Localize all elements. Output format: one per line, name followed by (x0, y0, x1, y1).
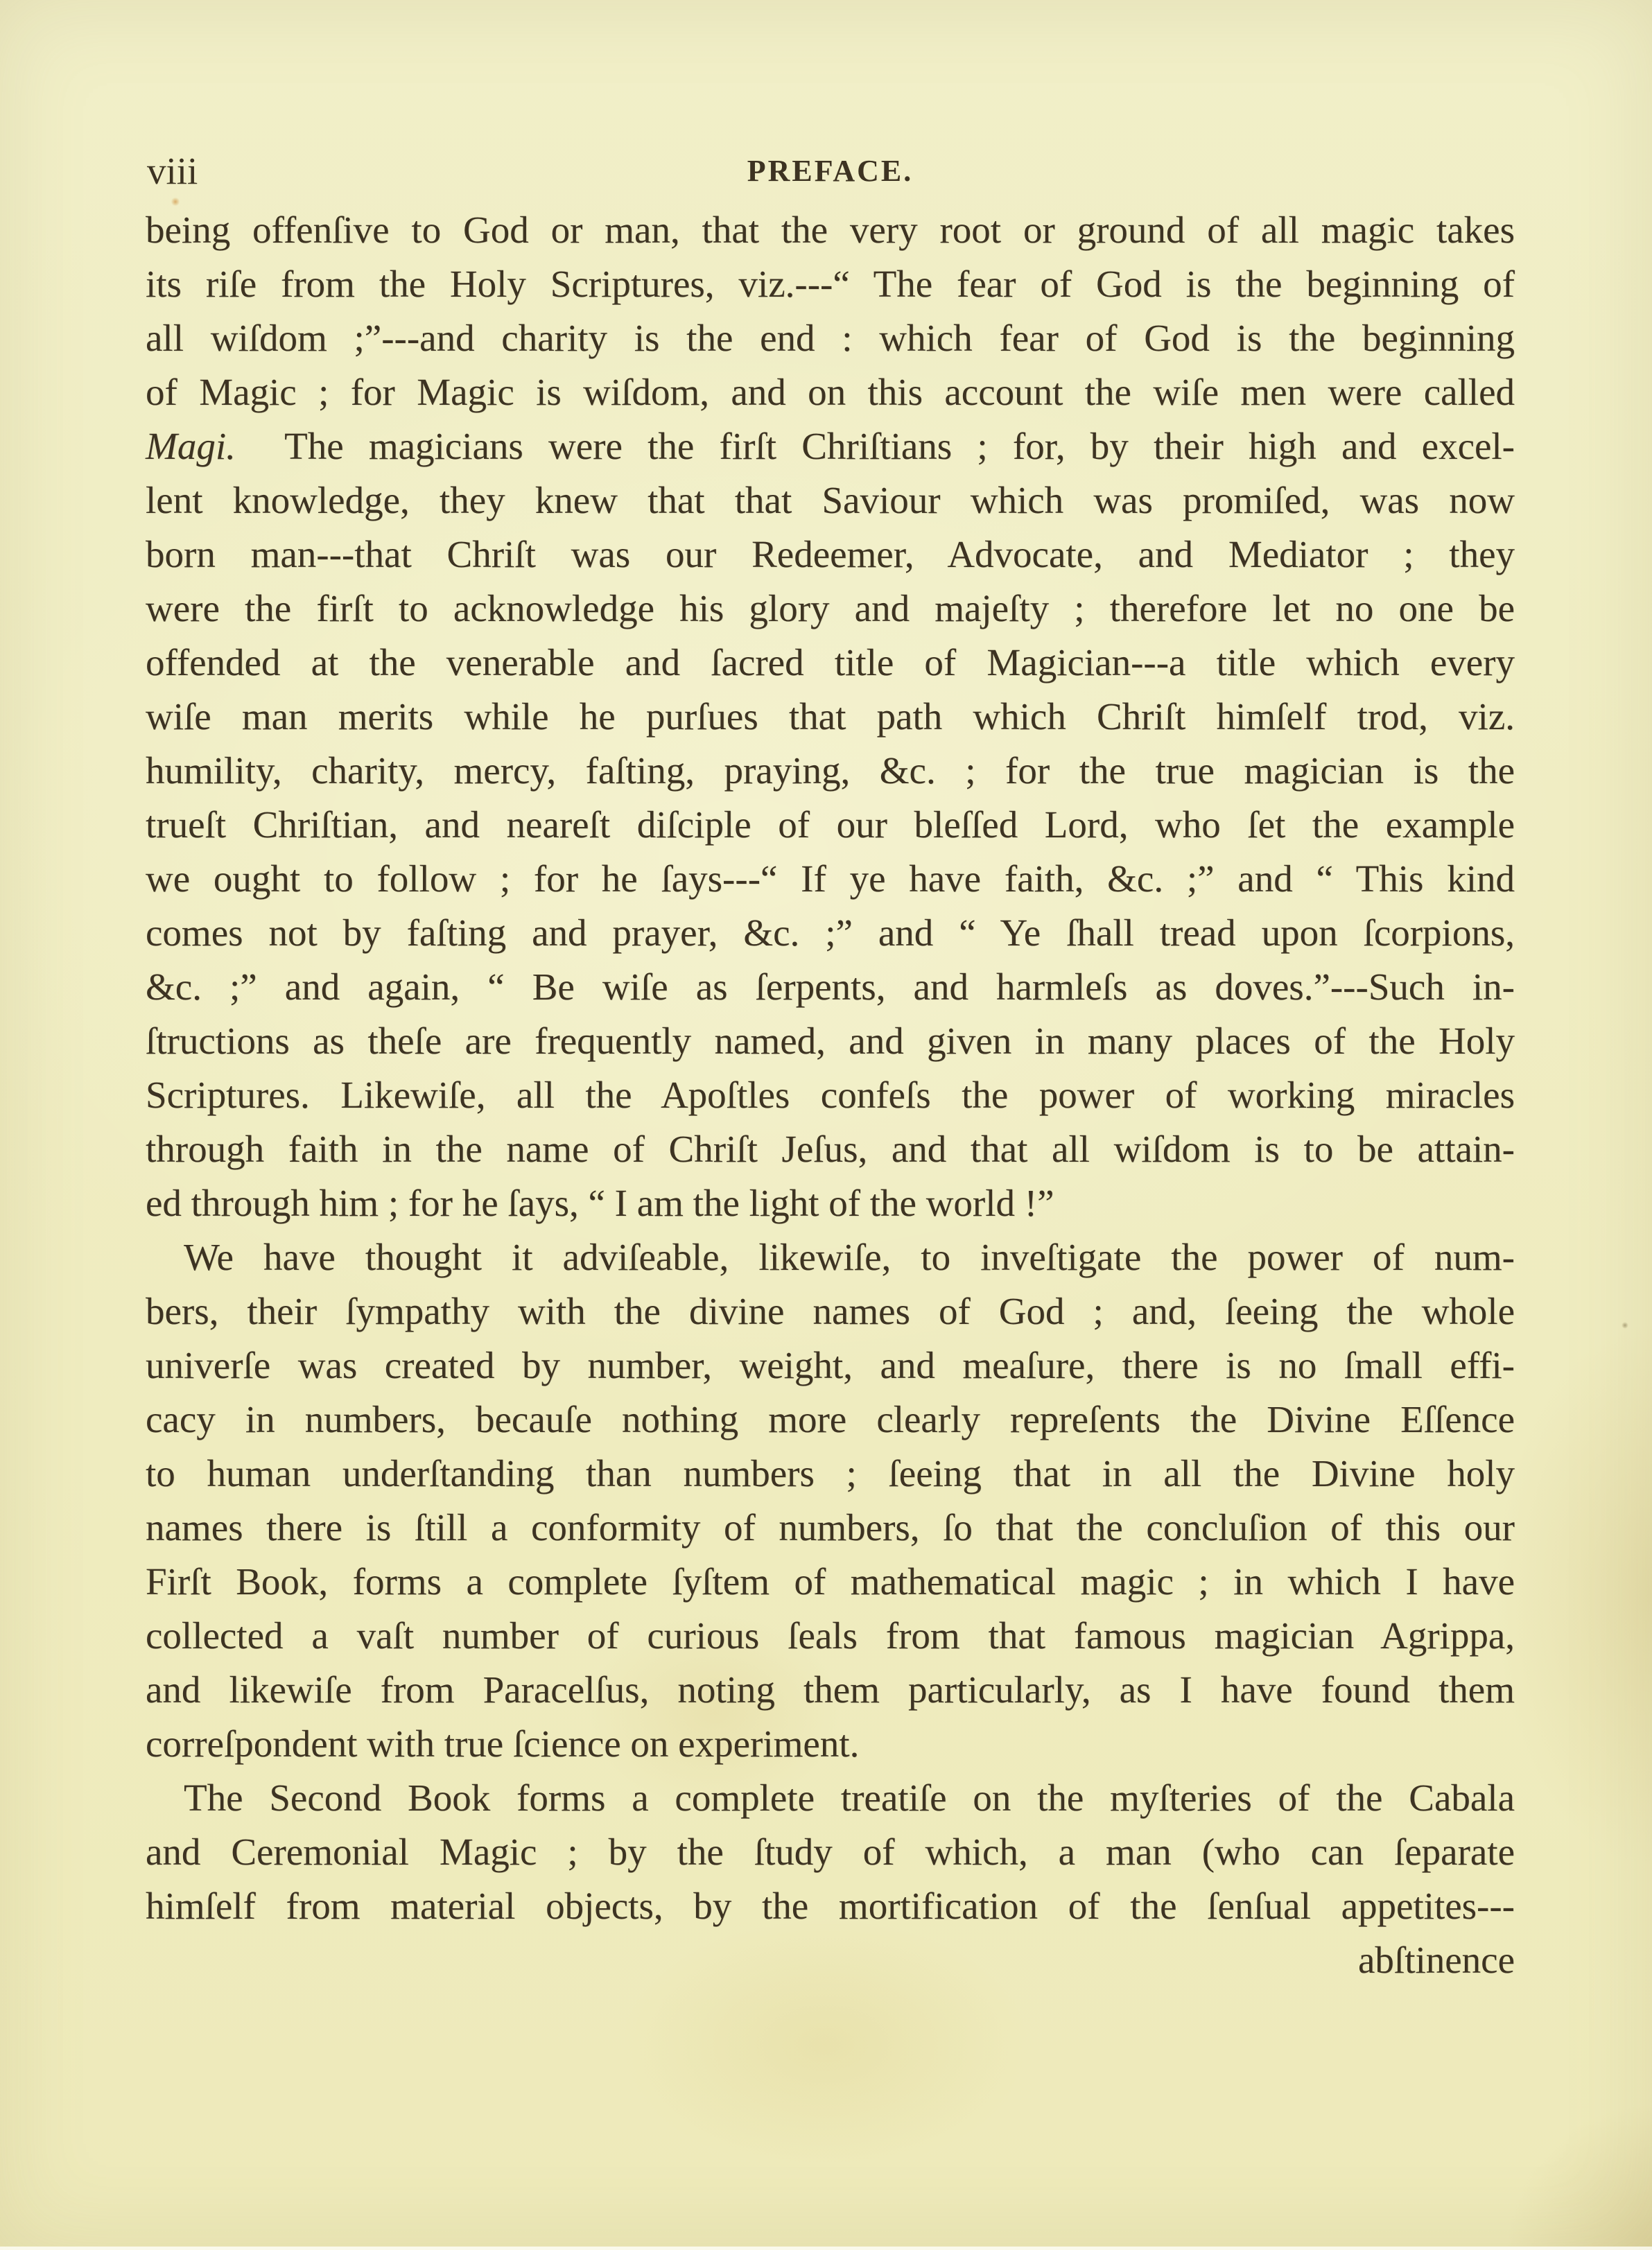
text-line: comes not by faſting and prayer, &c. ;” … (146, 906, 1515, 960)
text-line: trueſt Chriſtian, and neareſt diſciple o… (146, 798, 1515, 852)
text-line: ed through him ; for he ſays, “ I am the… (146, 1176, 1515, 1230)
text-line: ſtructions as theſe are frequently named… (146, 1014, 1515, 1068)
text-line: Scriptures. Likewiſe, all the Apoſtles c… (146, 1068, 1515, 1122)
text-line: Magi. The magicians were the firſt Chriſ… (146, 419, 1515, 473)
text-line: humility, charity, mercy, faſting, prayi… (146, 744, 1515, 798)
text-line: himſelf from material objects, by the mo… (146, 1879, 1515, 1933)
text-line: bers, their ſympathy with the divine nam… (146, 1284, 1515, 1338)
text-line: born man---that Chriſt was our Redeemer,… (146, 527, 1515, 582)
text-line: correſpondent with true ſcience on exper… (146, 1717, 1515, 1771)
text-line: its riſe from the Holy Scriptures, viz.-… (146, 257, 1515, 311)
page-header: viii PREFACE. (146, 144, 1515, 198)
running-title: PREFACE. (146, 144, 1515, 198)
text-line: The Second Book forms a complete treatiſ… (146, 1771, 1515, 1825)
text-line: to human underſtanding than numbers ; ſe… (146, 1447, 1515, 1501)
text-line: all wiſdom ;”---and charity is the end :… (146, 311, 1515, 365)
text-line: and Ceremonial Magic ; by the ſtudy of w… (146, 1825, 1515, 1879)
text-line-rest: The magicians were the firſt Chriſtians … (284, 425, 1515, 467)
text-line: We have thought it adviſeable, likewiſe,… (146, 1230, 1515, 1284)
text-line: being offenſive to God or man, that the … (146, 203, 1515, 257)
text-line: through faith in the name of Chriſt Jeſu… (146, 1122, 1515, 1176)
text-line: wiſe man merits while he purſues that pa… (146, 690, 1515, 744)
text-line: names there is ſtill a conformity of num… (146, 1501, 1515, 1555)
book-page: viii PREFACE. being offenſive to God or … (0, 0, 1652, 2250)
text-line: collected a vaſt number of curious ſeals… (146, 1609, 1515, 1663)
text-line: lent knowledge, they knew that that Savi… (146, 473, 1515, 527)
text-line: were the firſt to acknowledge his glory … (146, 582, 1515, 636)
text-line: &c. ;” and again, “ Be wiſe as ſerpents,… (146, 960, 1515, 1014)
catchword: abſtinence (1358, 1939, 1515, 1981)
text-line: and likewiſe from Paracelſus, noting the… (146, 1663, 1515, 1717)
catchword-line: abſtinence (146, 1933, 1515, 1987)
text-line: offended at the venerable and ſacred tit… (146, 636, 1515, 690)
text-line: we ought to follow ; for he ſays---“ If … (146, 852, 1515, 906)
italic-word: Magi. (146, 425, 236, 467)
preface-text: being offenſive to God or man, that the … (146, 203, 1515, 1987)
text-line: of Magic ; for Magic is wiſdom, and on t… (146, 365, 1515, 419)
text-line: Firſt Book, forms a complete ſyſtem of m… (146, 1555, 1515, 1609)
text-line: cacy in numbers, becauſe nothing more cl… (146, 1393, 1515, 1447)
text-line: univerſe was created by number, weight, … (146, 1338, 1515, 1393)
